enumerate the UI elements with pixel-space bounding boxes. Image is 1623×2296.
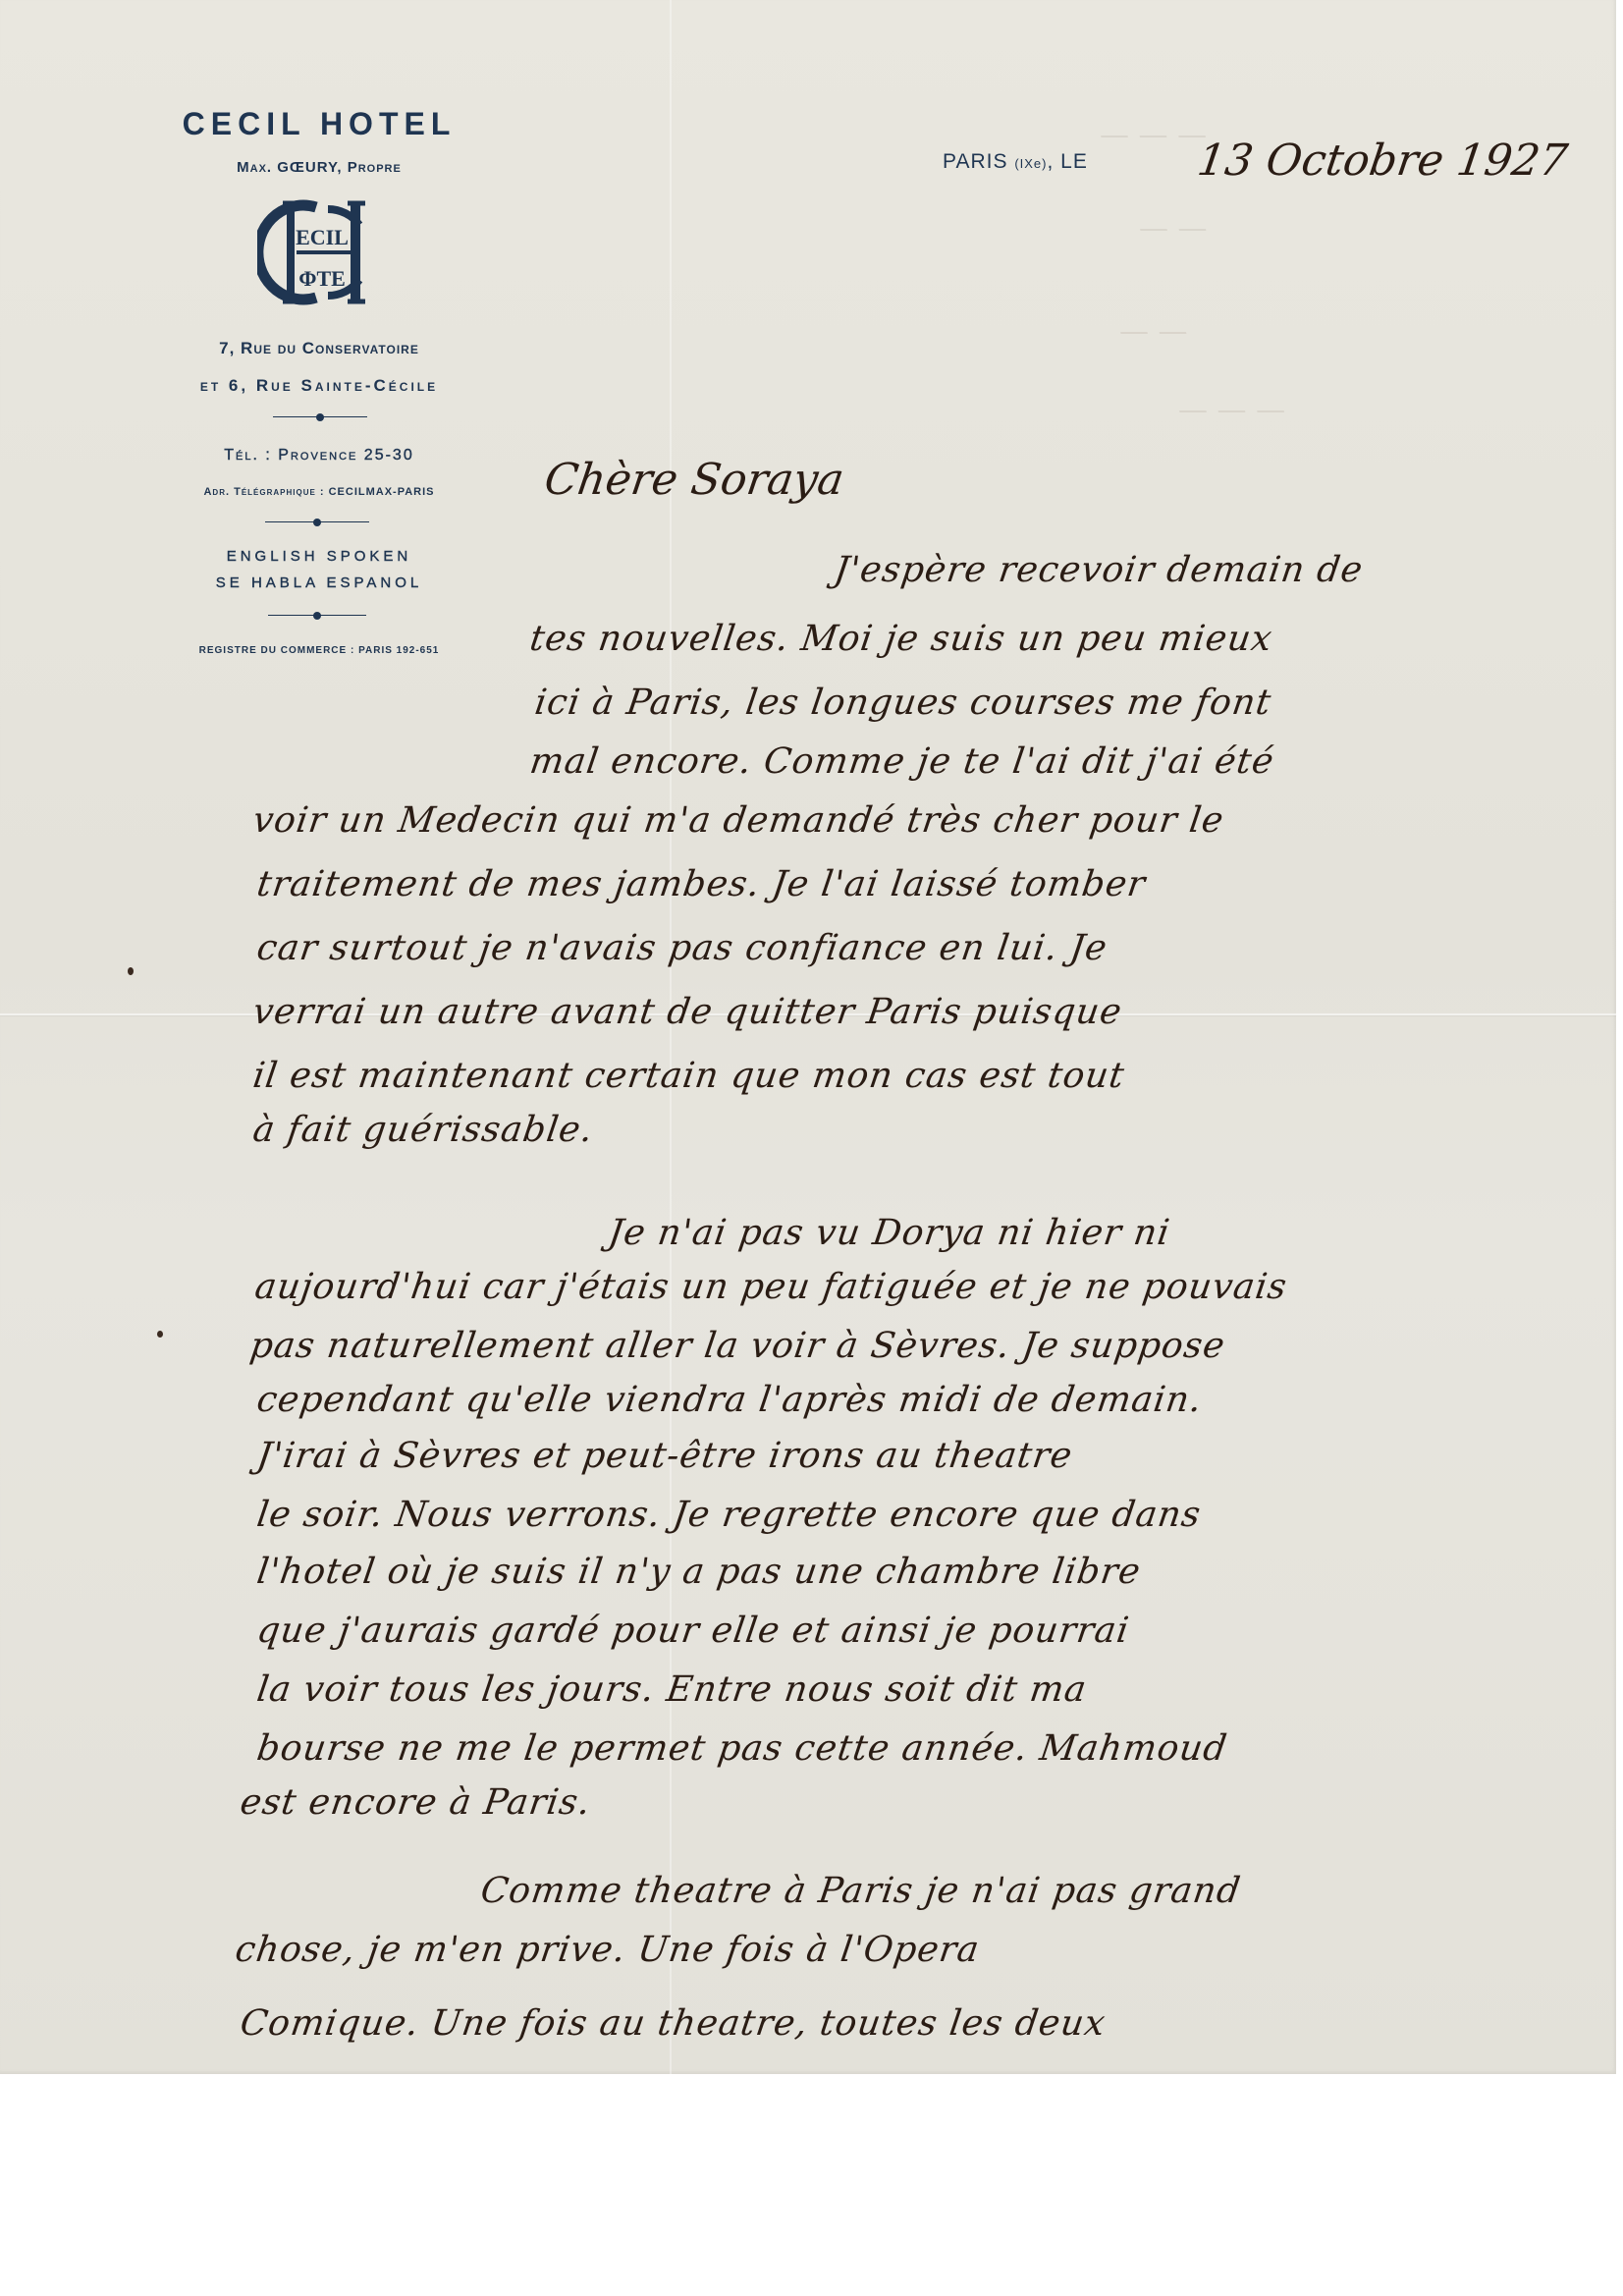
letter-line: est encore à Paris. — [238, 1782, 593, 1823]
show-through-text: — — — — [1178, 393, 1285, 427]
letter-line: l'hotel où je suis il n'y a pas une cham… — [254, 1552, 1143, 1592]
show-through-text: — — — [1139, 211, 1208, 246]
letter-line: voir un Medecin qui m'a demandé très che… — [250, 800, 1226, 841]
letter-paper: — — — — — — — — — — CECIL HOTEL Max. GŒU… — [0, 0, 1616, 2074]
show-through-text: — — — [1119, 314, 1188, 349]
telegraph-address: Adr. Télégraphique : CECILMAX-PARIS — [118, 486, 520, 498]
letter-line: aujourd'hui car j'étais un peu fatiguée … — [252, 1267, 1290, 1307]
letter-line: la voir tous les jours. Entre nous soit … — [254, 1669, 1089, 1710]
language-spanish: SE HABLA ESPANOL — [118, 574, 520, 591]
show-through-text: — — — — [1100, 118, 1207, 152]
letter-line: bourse ne me le permet pas cette année. … — [254, 1728, 1230, 1769]
letter-line: Je n'ai pas vu Dorya ni hier ni — [606, 1213, 1172, 1253]
ornament-divider-icon — [265, 518, 369, 527]
hotel-monogram-logo-icon: ECIL ΦTE — [257, 199, 381, 305]
letter-line: ici à Paris, les longues courses me font — [532, 683, 1273, 723]
letter-line: que j'aurais gardé pour elle et ainsi je… — [254, 1611, 1132, 1651]
address-line-2: et 6, Rue Sainte-Cécile — [118, 376, 520, 396]
letter-line: chose, je m'en prive. Une fois à l'Opera — [233, 1930, 982, 1970]
proprietor-name: Max. GŒURY, Propre — [118, 159, 520, 176]
commerce-registry: REGISTRE DU COMMERCE : PARIS 192-651 — [118, 645, 520, 656]
language-english: ENGLISH SPOKEN — [118, 548, 520, 565]
ornament-divider-icon — [268, 611, 366, 621]
place-arrondissement: (IXe) — [1014, 156, 1047, 171]
ink-speck — [128, 967, 134, 975]
letter-line: mal encore. Comme je te l'ai dit j'ai ét… — [527, 741, 1276, 782]
place-suffix: , LE — [1047, 150, 1087, 173]
svg-text:ECIL: ECIL — [296, 225, 349, 249]
letter-line: cependant qu'elle viendra l'après midi d… — [254, 1380, 1205, 1420]
letter-line: J'espère recevoir demain de — [832, 550, 1366, 590]
letter-line: Comique. Une fois au theatre, toutes les… — [238, 2003, 1109, 2044]
letter-line: verrai un autre avant de quitter Paris p… — [250, 992, 1124, 1032]
letter-line: traitement de mes jambes. Je l'ai laissé… — [254, 864, 1148, 904]
place-city: PARIS — [943, 150, 1007, 173]
ornament-divider-icon — [273, 412, 367, 422]
letter-line: tes nouvelles. Moi je suis un peu mieux — [527, 619, 1275, 659]
telephone: Tél. : Provence 25-30 — [118, 447, 520, 465]
letter-line: pas naturellement aller la voir à Sèvres… — [247, 1326, 1227, 1366]
letter-line: le soir. Nous verrons. Je regrette encor… — [254, 1495, 1204, 1535]
letter-line: Comme theatre à Paris je n'ai pas grand — [478, 1871, 1243, 1911]
hotel-name: CECIL HOTEL — [118, 106, 520, 142]
letter-line: à fait guérissable. — [250, 1110, 596, 1150]
letter-line: car surtout je n'avais pas confiance en … — [254, 928, 1109, 968]
svg-text:ΦTE: ΦTE — [298, 266, 346, 291]
address-line-1: 7, Rue du Conservatoire — [118, 339, 520, 358]
place-line: PARIS (IXe), LE — [943, 150, 1088, 174]
letter-line: J'irai à Sèvres et peut-être irons au th… — [254, 1436, 1075, 1476]
letter-date: 13 Octobre 1927 — [1194, 136, 1570, 186]
ink-speck — [157, 1331, 163, 1338]
letter-line: il est maintenant certain que mon cas es… — [250, 1056, 1127, 1096]
salutation: Chère Soraya — [541, 455, 846, 505]
